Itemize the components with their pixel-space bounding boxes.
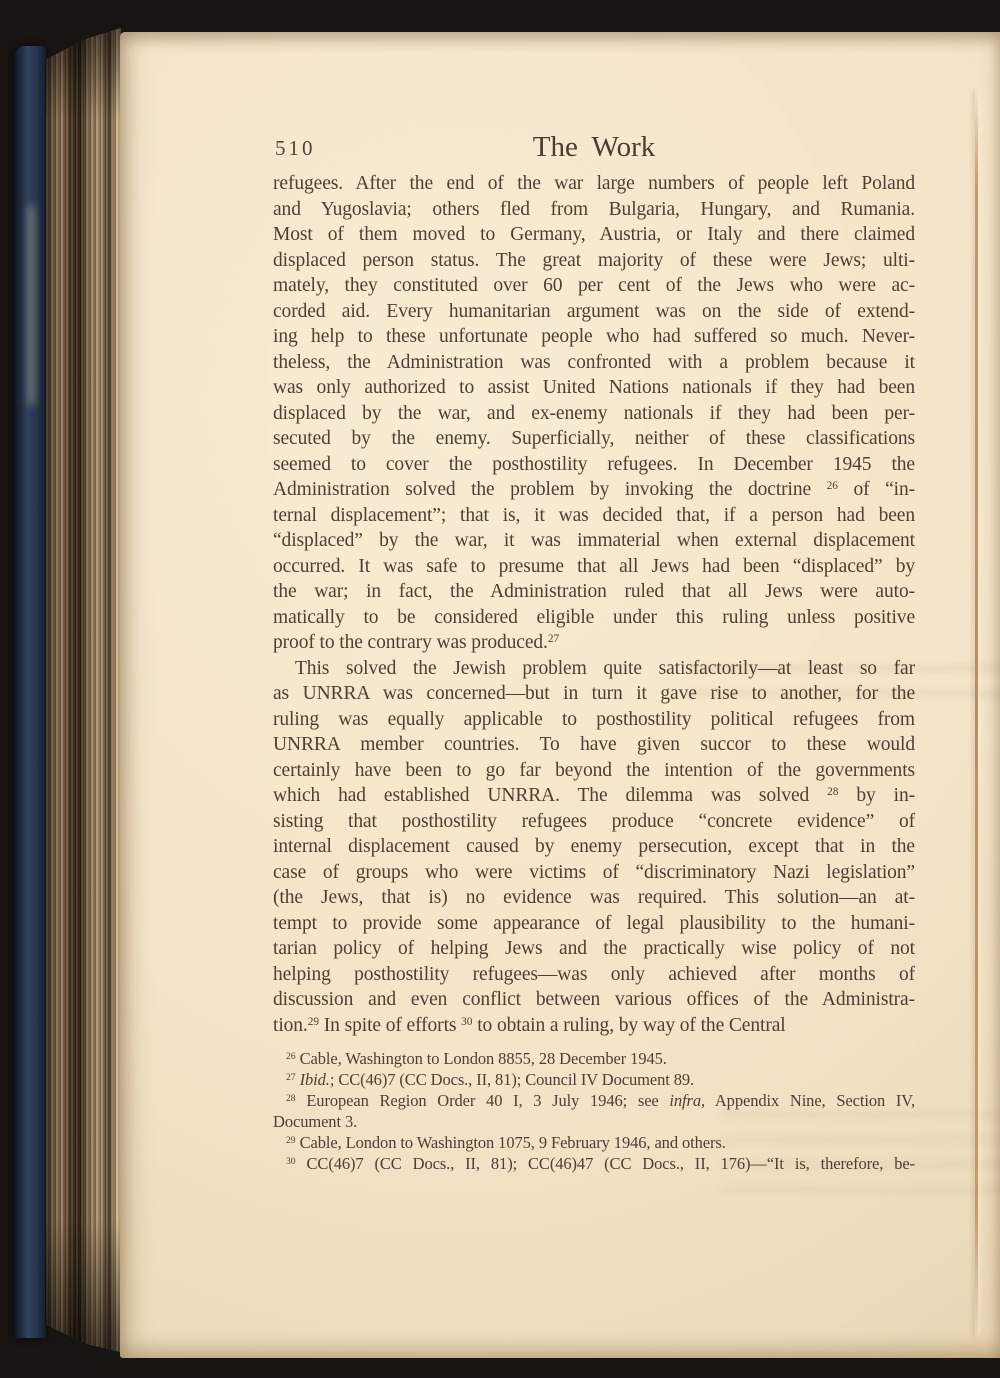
running-header: The Work (273, 131, 915, 164)
page-header: 510 The Work (273, 126, 915, 164)
body-text: refugees. After the end of the war large… (273, 171, 915, 1038)
body-line: ing help to these unfortunate people who… (273, 324, 915, 350)
body-line: and Yugoslavia; others fled from Bulgari… (273, 197, 915, 223)
photo-background: 510 The Work refugees. After the end of … (0, 0, 1000, 1378)
body-line: ruling was equally applicable to posthos… (273, 707, 915, 733)
body-line: proof to the contrary was produced.27 (273, 630, 915, 656)
body-line: as UNRRA was concerned—but in turn it ga… (273, 681, 915, 707)
gutter-crease (975, 90, 978, 1335)
body-line: ternal displacement”; that is, it was de… (273, 503, 915, 529)
page-edge-stack (45, 28, 121, 1352)
body-line: tempt to provide some appearance of lega… (273, 911, 915, 937)
body-line: discussion and even conflict between var… (273, 987, 915, 1013)
body-line: case of groups who were victims of “disc… (273, 860, 915, 886)
body-line: matically to be considered eligible unde… (273, 605, 915, 631)
body-line: Administration solved the problem by inv… (273, 477, 915, 503)
footnote-line: 28 European Region Order 40 I, 3 July 19… (273, 1090, 915, 1111)
body-line: helping posthostility refugees—was only … (273, 962, 915, 988)
body-line: mately, they constituted over 60 per cen… (273, 273, 915, 299)
footnote-line: 26 Cable, Washington to London 8855, 28 … (273, 1048, 915, 1069)
body-line: tion.29 In spite of efforts 30 to obtain… (273, 1013, 915, 1039)
body-line: the war; in fact, the Administration rul… (273, 579, 915, 605)
body-line: UNRRA member countries. To have given su… (273, 732, 915, 758)
footnote-line: 30 CC(46)7 (CC Docs., II, 81); CC(46)47 … (273, 1153, 915, 1174)
footnote-line: 27 Ibid.; CC(46)7 (CC Docs., II, 81); Co… (273, 1069, 915, 1090)
body-line: which had established UNRRA. The dilemma… (273, 783, 915, 809)
body-line: internal displacement caused by enemy pe… (273, 834, 915, 860)
footnote-line: 29 Cable, London to Washington 1075, 9 F… (273, 1132, 915, 1153)
body-line: tarian policy of helping Jews and the pr… (273, 936, 915, 962)
body-line: “displaced” by the war, it was immateria… (273, 528, 915, 554)
body-line: Most of them moved to Germany, Austria, … (273, 222, 915, 248)
body-line: secuted by the enemy. Superficially, nei… (273, 426, 915, 452)
body-line: displaced by the war, and ex-enemy natio… (273, 401, 915, 427)
body-line: certainly have been to go far beyond the… (273, 758, 915, 784)
body-line: seemed to cover the posthostility refuge… (273, 452, 915, 478)
body-line: sisting that posthostility refugees prod… (273, 809, 915, 835)
body-line: was only authorized to assist United Nat… (273, 375, 915, 401)
footnotes: 26 Cable, Washington to London 8855, 28 … (273, 1048, 915, 1174)
footnote-line: Document 3. (273, 1111, 915, 1132)
spine-worn-highlight (28, 205, 35, 405)
body-line: corded aid. Every humanitarian argument … (273, 299, 915, 325)
body-line: theless, the Administration was confront… (273, 350, 915, 376)
body-line: (the Jews, that is) no evidence was requ… (273, 885, 915, 911)
body-line: occurred. It was safe to presume that al… (273, 554, 915, 580)
body-line: This solved the Jewish problem quite sat… (273, 656, 915, 682)
body-line: refugees. After the end of the war large… (273, 171, 915, 197)
body-line: displaced person status. The great major… (273, 248, 915, 274)
